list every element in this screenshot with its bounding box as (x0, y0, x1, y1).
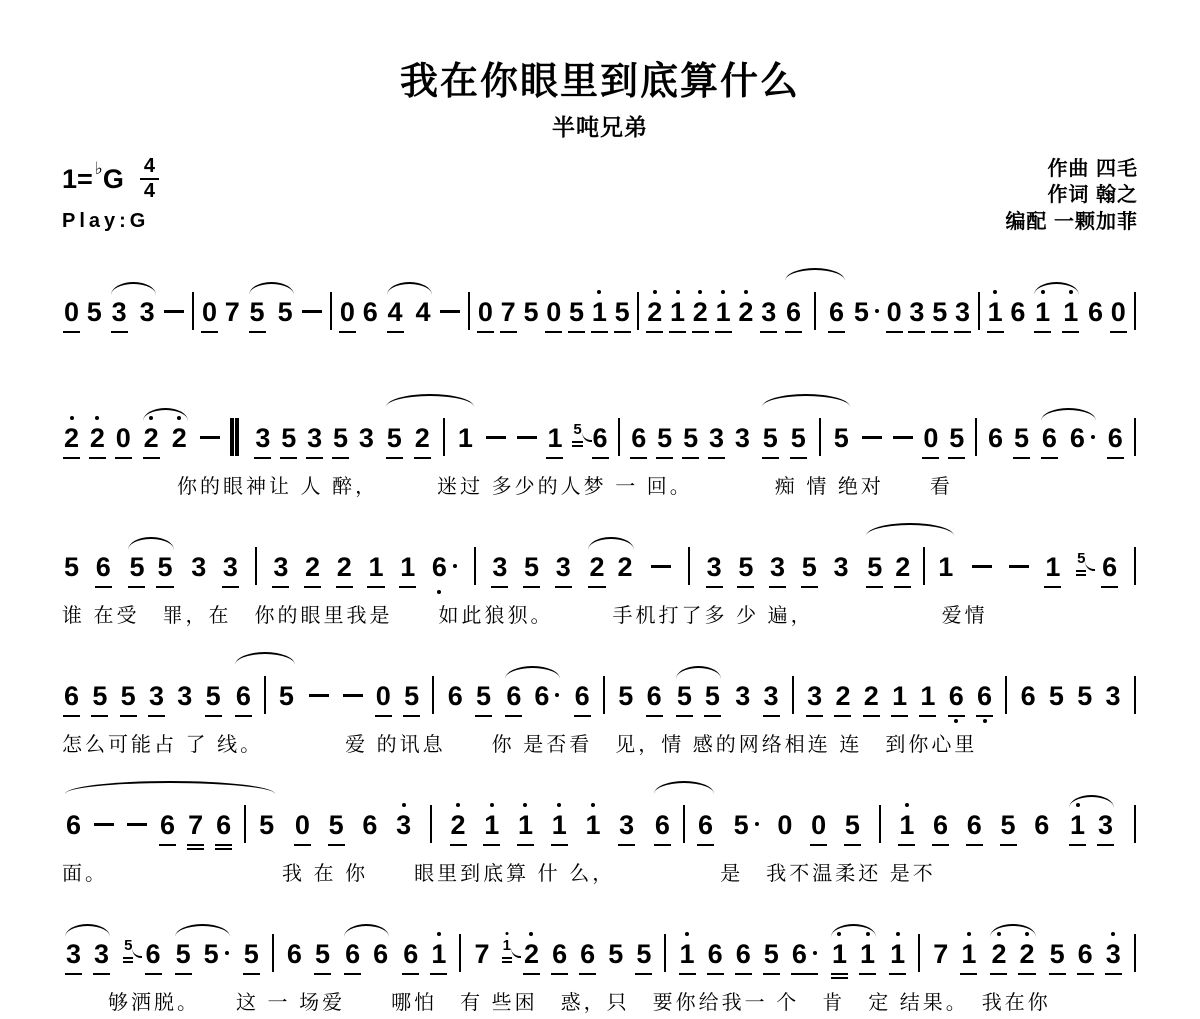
notation-line-6: 33565556566617126655166561117122563 够洒脱。… (62, 903, 1138, 1015)
note-digit: 6 (160, 812, 175, 839)
note-digit: 5 (705, 683, 720, 710)
note-digit: 3 (556, 554, 571, 581)
octave-dot-below (437, 590, 441, 594)
note-digit: 6 (64, 683, 79, 710)
note: 6 (1078, 939, 1093, 970)
note-digit: 0 (64, 299, 79, 326)
note: 0 (777, 810, 792, 841)
notes-row-4: 65533565056566656553332211666553 (62, 645, 1138, 724)
note-digit: 6 (448, 683, 463, 710)
note: 0 (923, 423, 938, 454)
note-digit: 6 (1088, 299, 1103, 326)
slur: 66 (1040, 423, 1097, 454)
note: 1 (832, 939, 847, 970)
note: 5 (1049, 681, 1064, 712)
note: 3 (177, 681, 192, 712)
octave-dot-below (983, 719, 987, 723)
note: 3 (735, 681, 750, 712)
barline (637, 292, 639, 330)
barline (1134, 934, 1136, 972)
note: 3 (492, 552, 507, 583)
grace-note: 1 (503, 937, 511, 954)
lyrics-row-2: 你的眼神让 人 醉， 迷过 多少的人梦 一 回。 痴 情 绝对 看 (62, 470, 1138, 499)
note: 6 (64, 681, 79, 712)
barline (255, 547, 257, 585)
note-digit: 5 (1050, 941, 1065, 968)
note-digit: 5 (1001, 812, 1016, 839)
meta-row: 1=♭G 4 4 Play:G 作曲 四毛 作词 翰之 编配 一颗加菲 (62, 156, 1138, 235)
note-digit: 0 (116, 425, 131, 452)
note: 1 (368, 552, 383, 583)
note: 5 (129, 552, 144, 583)
note: 5 (1014, 423, 1029, 454)
note-digit: 5 (734, 812, 749, 839)
octave-dot-above (70, 416, 74, 420)
note-digit: 5 (157, 554, 172, 581)
note-digit: 6 (506, 683, 521, 710)
octave-dot-above (653, 290, 657, 294)
note: 6 (949, 681, 964, 712)
note-digit: 5 (124, 938, 132, 953)
barline (792, 676, 794, 714)
octave-dot-above (967, 932, 971, 936)
note: 2 (1019, 939, 1034, 970)
slur: 521 (865, 538, 955, 583)
note-digit: 5 (608, 941, 623, 968)
note: 5 (657, 423, 672, 454)
note-digit: 1 (503, 938, 511, 953)
note-digit: 6 (647, 683, 662, 710)
note: 5 (524, 552, 539, 583)
note: 6 (236, 681, 251, 712)
notes-row-2: 2202235353521156655335550565666 (62, 387, 1138, 466)
note-digit: 1 (552, 812, 567, 839)
note-digit: 1 (592, 299, 607, 326)
note-digit: 3 (1106, 941, 1121, 968)
note: 5 (845, 810, 860, 841)
note-digit: 1 (860, 941, 875, 968)
note: 1 (431, 939, 446, 970)
octave-dot-above (744, 290, 748, 294)
notation-line-5: 6676505632111136650051665613 面。 我 在 你 眼里… (62, 774, 1138, 886)
note: 5 (64, 552, 79, 583)
note-digit: 3 (735, 683, 750, 710)
barline (443, 418, 445, 456)
song-title: 我在你眼里到底算什么 (62, 50, 1138, 105)
note-digit: 3 (66, 941, 81, 968)
octave-dot-above (456, 803, 460, 807)
note: 7 (474, 939, 489, 970)
note-digit: 5 (573, 422, 581, 437)
slur: 55 (248, 297, 295, 328)
barline (664, 934, 666, 972)
time-numerator: 4 (140, 156, 159, 180)
lyrics-row-4: 怎么可能占 了 线。 爱 的讯息 你 是否看 见，情 感的网络相连 连 到你心里 (62, 728, 1138, 757)
note-digit: 5 (1014, 425, 1029, 452)
note-digit: 0 (923, 425, 938, 452)
note: 6 (967, 810, 982, 841)
composer-credit: 作曲 四毛 (1005, 156, 1138, 182)
note: 5 (404, 681, 419, 712)
note: 0 (546, 297, 561, 328)
notes-row-1: 05330755064407505152121236650353161160 (62, 261, 1138, 340)
note-digit: 7 (225, 299, 240, 326)
slur: 11 (1033, 297, 1080, 328)
note-digit: 5 (204, 941, 219, 968)
note-digit: 5 (763, 425, 778, 452)
note-digit: 3 (177, 683, 192, 710)
note: 5 (279, 681, 294, 712)
note-digit: 3 (359, 425, 374, 452)
note-digit: 0 (1111, 299, 1126, 326)
note-digit: 5 (129, 554, 144, 581)
barline (923, 547, 925, 585)
note: 5 (764, 939, 779, 970)
note-digit: 5 (791, 425, 806, 452)
slur: 13 (1068, 810, 1115, 841)
note: 1 (899, 810, 914, 841)
dash-prolong (302, 310, 322, 313)
notation-line-4: 65533565056566656553332211666553 怎么可能占 了… (62, 645, 1138, 757)
note: 5 (636, 939, 651, 970)
note-digit: 5 (206, 683, 221, 710)
slur: 11 (830, 939, 877, 970)
dash-prolong (309, 694, 329, 697)
note: 3 (273, 552, 288, 583)
note-digit: 1 (1045, 554, 1060, 581)
note: 1 (680, 939, 695, 970)
note-digit: 1 (890, 941, 905, 968)
octave-dot-above (837, 932, 841, 936)
note: 6 (1034, 810, 1049, 841)
key-time-block: 1=♭G 4 4 Play:G (62, 156, 159, 233)
note-digit: 5 (1077, 683, 1092, 710)
note-digit: 3 (764, 683, 779, 710)
notes-row-6: 33565556566617126655166561117122563 (62, 903, 1138, 982)
note: 5 (615, 297, 630, 328)
lyrics-row-1 (62, 344, 1138, 370)
octave-dot-above (698, 290, 702, 294)
note: 3 (955, 297, 970, 328)
octave-dot-above (866, 932, 870, 936)
note-digit: 0 (202, 299, 217, 326)
note: 5 (677, 681, 692, 712)
note: 3 (735, 423, 750, 454)
note-digit: 1 (988, 299, 1003, 326)
note: 6 (786, 297, 801, 328)
note: 3 (223, 552, 238, 583)
note: 5 (1001, 810, 1016, 841)
note: 0 (340, 297, 355, 328)
note: 6 (146, 939, 161, 970)
note: 7 (501, 297, 516, 328)
note: 2 (835, 681, 850, 712)
note: 6 (363, 297, 378, 328)
note-digit: 1 (938, 554, 953, 581)
note-digit: 5 (387, 425, 402, 452)
slur: 55 (127, 552, 174, 583)
octave-dot-above (1025, 932, 1029, 936)
note: 0 (64, 297, 79, 328)
note-digit: 1 (920, 683, 935, 710)
octave-dot-above (437, 932, 441, 936)
note-digit: 2 (835, 683, 850, 710)
note-digit: 6 (534, 683, 549, 710)
note: 6 (216, 810, 231, 841)
note-digit: 1 (1035, 299, 1050, 326)
note: 6 (708, 939, 723, 970)
note-digit: 2 (524, 941, 539, 968)
note-digit: 5 (281, 425, 296, 452)
note-digit: 3 (112, 299, 127, 326)
note: 6 (1088, 297, 1103, 328)
note-digit: 3 (307, 425, 322, 452)
note-digit: 7 (188, 812, 203, 839)
note-digit: 5 (569, 299, 584, 326)
note-digit: 6 (1042, 425, 1057, 452)
note: 1 (860, 939, 875, 970)
note: 0 (116, 423, 131, 454)
barline (1134, 292, 1136, 330)
note: 5 (1050, 939, 1065, 970)
slur: 33 (110, 297, 157, 328)
octave-dot-above (149, 416, 153, 420)
play-key-label: Play:G (62, 210, 159, 233)
note-digit: 1 (458, 425, 473, 452)
octave-dot-below (954, 719, 958, 723)
note-digit: 1 (484, 812, 499, 839)
note: 6 (829, 297, 844, 328)
note-digit: 5 (618, 683, 633, 710)
note: 3 (1106, 681, 1121, 712)
barline (430, 805, 432, 843)
note: 6 (403, 939, 418, 970)
key-letter: G (103, 164, 124, 195)
note: 5 (791, 423, 806, 454)
note-digit: 1 (400, 554, 415, 581)
note-digit: 5 (738, 554, 753, 581)
notation-line-1: 05330755064407505152121236650353161160 (62, 261, 1138, 370)
note: 2 (738, 297, 753, 328)
note: 6 (1021, 681, 1036, 712)
barline (468, 292, 470, 330)
barline (1134, 547, 1136, 585)
repeat-start-barline (230, 418, 234, 456)
note-digit: 6 (933, 812, 948, 839)
note: 2 (864, 681, 879, 712)
note-digit: 6 (829, 299, 844, 326)
note-digit: 3 (709, 425, 724, 452)
note-digit: 7 (501, 299, 516, 326)
augmentation-dot (1091, 435, 1095, 439)
dash-prolong (440, 310, 460, 313)
note-digit: 6 (1102, 554, 1117, 581)
note-digit: 4 (388, 299, 403, 326)
note-digit: 3 (770, 554, 785, 581)
note: 6 (698, 810, 713, 841)
note-digit: 6 (1021, 683, 1036, 710)
note: 5 (523, 297, 538, 328)
note: 5 (734, 810, 759, 841)
note: 1 (1035, 297, 1050, 328)
note-digit: 6 (287, 941, 302, 968)
barline (603, 676, 605, 714)
note: 3 (807, 681, 822, 712)
slur: 66 (343, 939, 390, 970)
note-digit: 6 (655, 812, 670, 839)
note-digit: 3 (735, 425, 750, 452)
note: 5 (329, 810, 344, 841)
note: 2 (693, 297, 708, 328)
note-digit: 2 (172, 425, 187, 452)
barline (1134, 805, 1136, 843)
note-digit: 6 (708, 941, 723, 968)
note-digit: 6 (967, 812, 982, 839)
note-digit: 0 (376, 683, 391, 710)
dash-prolong (127, 823, 147, 826)
octave-dot-above (505, 932, 508, 935)
note-digit: 1 (892, 683, 907, 710)
note-digit: 3 (955, 299, 970, 326)
note: 5 (206, 681, 221, 712)
barline (814, 292, 816, 330)
note: 5 (87, 297, 102, 328)
note: 5 (157, 552, 172, 583)
note-digit: 6 (580, 941, 595, 968)
note-digit: 1 (431, 941, 446, 968)
octave-dot-above (905, 803, 909, 807)
note-digit: 6 (345, 941, 360, 968)
key-prefix: 1= (62, 164, 93, 195)
note-digit: 3 (707, 554, 722, 581)
note: 2 (618, 552, 633, 583)
note: 0 (202, 297, 217, 328)
note: 6 (373, 939, 388, 970)
octave-dot-above (177, 416, 181, 420)
slur: 66 (784, 283, 846, 328)
note: 5 (569, 297, 584, 328)
note: 6 (66, 810, 81, 841)
note: 3 (707, 552, 722, 583)
note: 6 (575, 681, 590, 712)
note-digit: 1 (899, 812, 914, 839)
barline (459, 934, 461, 972)
note-digit: 6 (977, 683, 992, 710)
note-digit: 5 (176, 941, 191, 968)
barline (1134, 676, 1136, 714)
notation-line-2: 2202235353521156655335550565666 你的眼神让 人 … (62, 387, 1138, 499)
octave-dot-above (557, 803, 561, 807)
note: 1 (1045, 552, 1060, 583)
note-digit: 5 (279, 683, 294, 710)
note: 0 (376, 681, 391, 712)
augmentation-dot (875, 309, 879, 313)
note-digit: 5 (802, 554, 817, 581)
barline (264, 676, 266, 714)
octave-dot-above (1041, 290, 1045, 294)
note: 1 (1070, 810, 1085, 841)
note: 1 (484, 810, 499, 841)
note-digit: 3 (1106, 683, 1121, 710)
octave-dot-above (993, 290, 997, 294)
note-digit: 3 (761, 299, 776, 326)
note: 6 (448, 681, 463, 712)
note: 5 (834, 423, 849, 454)
note-digit: 6 (373, 941, 388, 968)
dash-prolong (893, 436, 913, 439)
note: 6 (988, 423, 1003, 454)
note-digit: 6 (432, 554, 447, 581)
octave-dot-above (997, 932, 1001, 936)
note-digit: 6 (575, 683, 590, 710)
dash-prolong (517, 436, 537, 439)
note-digit: 5 (615, 299, 630, 326)
slur: 521 (385, 409, 475, 454)
key-signature: 1=♭G 4 4 (62, 156, 159, 202)
note-digit: 2 (1019, 941, 1034, 968)
note: 2 (144, 423, 159, 454)
note-digit: 6 (1010, 299, 1025, 326)
note: 5 (763, 423, 778, 454)
note-digit: 5 (657, 425, 672, 452)
note-digit: 5 (87, 299, 102, 326)
octave-dot-above (490, 803, 494, 807)
note: 1 (585, 810, 600, 841)
barline (683, 805, 685, 843)
note: 6 (96, 552, 111, 583)
note-digit: 6 (96, 554, 111, 581)
note: 2 (64, 423, 79, 454)
octave-dot-above (402, 803, 406, 807)
dash-prolong (651, 565, 671, 568)
note: 6 (345, 939, 360, 970)
note-digit: 3 (396, 812, 411, 839)
note-digit: 2 (618, 554, 633, 581)
note-digit: 5 (1049, 683, 1064, 710)
octave-dot-above (896, 932, 900, 936)
note: 0 (1111, 297, 1126, 328)
note-digit: 4 (416, 299, 431, 326)
note: 2 (172, 423, 187, 454)
note: 6 (736, 939, 751, 970)
note: 3 (255, 423, 270, 454)
note: 1 (920, 681, 935, 712)
barline (688, 547, 690, 585)
note: 2 (895, 552, 910, 583)
note: 2 (337, 552, 352, 583)
note-digit: 5 (524, 554, 539, 581)
note: 3 (1098, 810, 1113, 841)
flat-sign: ♭ (95, 159, 103, 179)
note-digit: 1 (961, 941, 976, 968)
barline (272, 934, 274, 972)
note: 1 (400, 552, 415, 583)
note-digit: 3 (909, 299, 924, 326)
arranger-credit: 编配 一颗加菲 (1005, 209, 1138, 235)
note: 3 (761, 297, 776, 328)
note: 1 (1063, 297, 1078, 328)
barline (330, 292, 332, 330)
barline (192, 292, 194, 330)
note-digit: 6 (792, 941, 807, 968)
note-digit: 5 (867, 554, 882, 581)
slur: 65 (234, 667, 296, 712)
octave-dot-above (591, 803, 595, 807)
note-digit: 5 (244, 941, 259, 968)
note: 3 (66, 939, 81, 970)
note: 7 (933, 939, 948, 970)
note: 4 (388, 297, 403, 328)
